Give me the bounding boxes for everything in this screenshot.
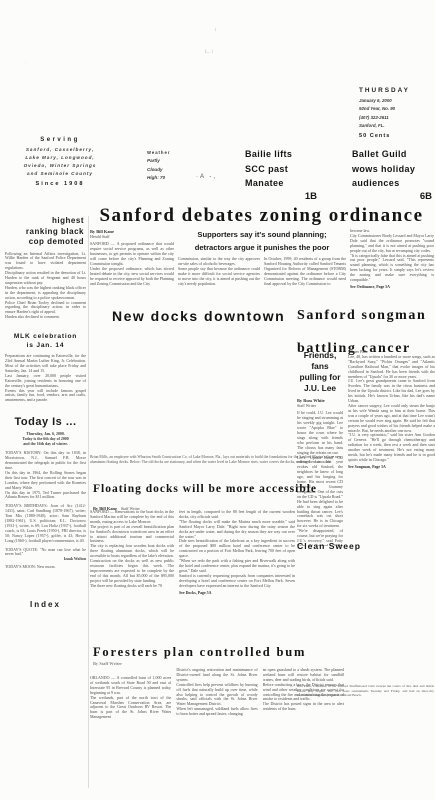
weather-forecast: Partly Cloudy High: 70 [147, 157, 191, 183]
scan-speck: L.. i [205, 50, 213, 55]
scan-speck: i [215, 28, 216, 33]
zoning-byline-org: Herald Staff [90, 234, 174, 239]
rail-today-intro: Thursday, Jan. 6, 2000. Today is the 6th… [5, 432, 86, 447]
rail-today-birthdays: TODAY'S BIRTHDAYS: Joan of Arc (1412-143… [5, 504, 86, 543]
songman-col2-text: Winter Park. Lee, 48, has written a hund… [348, 350, 435, 463]
scan-artifact: ·A -, [196, 174, 217, 180]
scan-speck: . [25, 60, 26, 65]
promo-ballet: Ballet Guild wows holiday audiences 6B [352, 147, 432, 202]
foresters-headline: Foresters plan controlled bum [93, 645, 306, 660]
promo-ballet-page: 6B [352, 191, 432, 202]
dateline-price: 50 Cents [359, 133, 433, 139]
promo-sports-text: Bailie lifts SCC past Manatee [245, 147, 317, 191]
songman-col1-text: If he could, J.U. Lee would be singing a… [297, 411, 343, 546]
foresters-col3-text: an open grassland to a shrub system. The… [263, 668, 344, 712]
dateline-day: THURSDAY [359, 87, 433, 94]
serving-label: Serving [4, 137, 116, 143]
weather-box: Weather Partly Cloudy High: 70 [147, 150, 191, 183]
serving-areas: Sanford, Casselberry, Lake Mary, Longwoo… [4, 146, 116, 178]
floating-col1-text: SANFORD — Renovations to the boat docks … [90, 510, 174, 589]
dateline-block: THURSDAY January 6, 2000 92nd Year, No. … [359, 87, 433, 139]
cleansweep-headline: Clean Sweep [297, 541, 361, 551]
zoning-col3-text: In October, 1999, 40 residents of a grou… [264, 257, 346, 286]
zoning-col4-text: become law. City Commissioner Brady Less… [350, 229, 434, 283]
rail-index-headline: Index [5, 600, 86, 609]
rail-story1-body: Following an Internal Affairs investigat… [5, 252, 86, 321]
floating-col2-text: feet in length, compared to the 80 feet … [179, 510, 295, 589]
left-rail: highest ranking black cop demoted Follow… [5, 216, 86, 791]
serving-since: Since 1908 [4, 181, 116, 187]
docks-photo-headline: New docks downtown [112, 308, 285, 324]
songman-col1: Friends, fans pulling for J.U. Lee By Ru… [297, 350, 343, 546]
rail-divider [88, 216, 89, 788]
zoning-col2-text: Commission, similar to the way the city … [178, 257, 260, 286]
rail-mlk-headline: MLK celebration is Jan. 14 [5, 332, 86, 350]
promo-ballet-text: Ballet Guild wows holiday audiences [352, 147, 432, 191]
rail-mlk-body: Preparations are continuing in Eatonvill… [5, 354, 86, 403]
floating-article: SANFORD — Renovations to the boat docks … [90, 510, 290, 642]
songman-jump-tagline: See Songman, Page 5A [348, 465, 435, 469]
main-headline: Sanford debates zoning ordinance [88, 205, 435, 227]
zoning-jump-tagline: See Ordinance, Page 5A [350, 285, 434, 289]
songman-col2: Winter Park. Lee, 48, has written a hund… [348, 350, 435, 546]
foresters-article: ORLANDO — A controlled burn of 1,000 acr… [90, 668, 344, 764]
promo-sports: Bailie lifts SCC past Manatee 1B [245, 147, 317, 202]
songman-subhead: Friends, fans pulling for J.U. Lee [297, 350, 343, 394]
foresters-byline: By Staff Writer [93, 661, 122, 666]
foresters-col2-text: District's ongoing restoration and maint… [176, 668, 257, 717]
zoning-subhead: Supporters say it's sound planning; detr… [178, 229, 346, 254]
foresters-col1-text: ORLANDO — A controlled burn of 1,000 acr… [90, 676, 171, 720]
zoning-col1-text: SANFORD — A proposed ordinance that woul… [90, 242, 174, 286]
newspaper-front-page: i L.. i . Serving Sanford, Casselberry, … [0, 0, 435, 800]
zoning-col1: By Bill Kane Herald Staff SANFORD — A pr… [90, 229, 174, 311]
rail-today-history: TODAY'S HISTORY: On this day in 1838, in… [5, 451, 86, 500]
rail-today-quote: TODAY'S QUOTE: "No man can lose what he … [5, 548, 86, 558]
weather-label: Weather [147, 150, 191, 155]
rail-story1-headline: highest ranking black cop demoted [5, 216, 86, 248]
rail-quote-attribution: Izaak Walton [5, 557, 86, 561]
rail-today-headline: Today Is ... [5, 416, 86, 428]
songman-article: Friends, fans pulling for J.U. Lee By Ru… [297, 350, 435, 546]
songman-byline-org: Staff Writer [297, 403, 343, 408]
dateline-info: January 6, 2000 92nd Year, No. 90 (407) … [359, 97, 433, 131]
serving-block: Serving Sanford, Casselberry, Lake Mary,… [4, 137, 116, 187]
floating-headline: Floating docks will be more accessible [93, 483, 317, 495]
rail-today-moon: TODAY'S MOON: New moon. [5, 565, 86, 570]
promo-sports-page: 1B [245, 191, 317, 202]
floating-jump-tagline: See Docks, Page 5A [179, 591, 295, 595]
